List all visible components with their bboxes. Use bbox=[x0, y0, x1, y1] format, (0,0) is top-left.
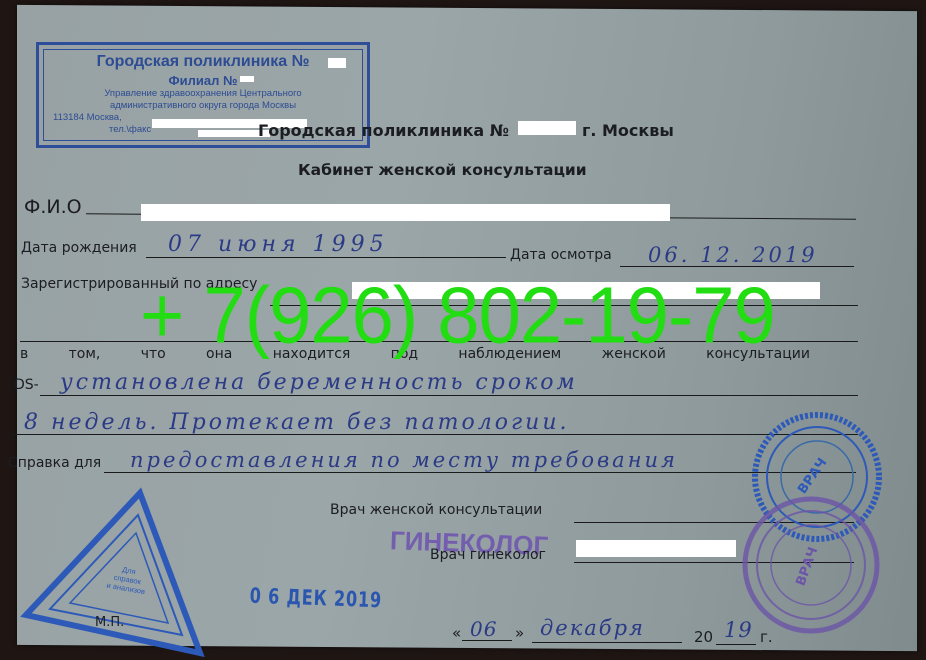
birth-date-value: 07 июня 1995 bbox=[168, 232, 389, 257]
date-day: 06 bbox=[470, 617, 497, 641]
exam-date-label: Дата осмотра bbox=[510, 247, 612, 263]
date-year: 19 bbox=[724, 618, 753, 642]
phone-watermark: + 7(926) 802-19-79 bbox=[140, 270, 775, 361]
mp-label: М.П. bbox=[95, 615, 124, 630]
fio-label: Ф.И.О bbox=[24, 196, 82, 218]
date-year-line bbox=[716, 644, 756, 645]
statement-word: том, bbox=[69, 346, 101, 362]
round-stamp2-text: ВРАЧ bbox=[794, 545, 822, 588]
stamp-dept-1: Управление здравоохранения Центрального bbox=[39, 88, 367, 100]
round-stamps: ВРАЧ ВРАЧ bbox=[735, 405, 895, 635]
page-title: Городская поликлиника № bbox=[258, 121, 509, 140]
date-open-quote: « bbox=[452, 624, 461, 642]
stamp-dept-2: административного округа города Москвы bbox=[39, 100, 367, 112]
exam-date-value: 06. 12. 2019 bbox=[648, 243, 818, 267]
purpose-value: предоставления по месту требования bbox=[130, 448, 678, 472]
redaction bbox=[518, 121, 576, 135]
date-month-line bbox=[532, 642, 682, 643]
date-suffix: г. bbox=[760, 628, 773, 646]
page-title-city: г. Москвы bbox=[582, 121, 674, 140]
gynecologist-redaction bbox=[576, 540, 736, 557]
gynecologist-label: Врач гинеколог bbox=[430, 547, 546, 563]
ds-value-1: установлена беременность сроком bbox=[60, 370, 578, 395]
date-century: 20 bbox=[694, 628, 713, 646]
birth-date-label: Дата рождения bbox=[21, 240, 137, 256]
redaction bbox=[328, 58, 346, 68]
redaction bbox=[240, 76, 254, 82]
statement-word: в bbox=[20, 346, 28, 362]
date-stamp: 0 6 ДЕК 2019 bbox=[249, 584, 382, 613]
page-subtitle: Кабинет женской консультации bbox=[298, 161, 587, 179]
stamp-branch: Филиал № bbox=[39, 73, 367, 88]
doctor-label: Врач женской консультации bbox=[330, 502, 542, 518]
date-month: декабря bbox=[540, 616, 645, 640]
ds-line-1 bbox=[40, 395, 858, 396]
purpose-label: Справка для bbox=[8, 455, 101, 471]
fio-redaction bbox=[141, 204, 670, 221]
stamp-clinic-name: Городская поликлиника № bbox=[39, 53, 367, 71]
ds-value-2: 8 недель. Протекает без патологии. bbox=[24, 410, 570, 435]
date-close-quote: » bbox=[515, 624, 524, 642]
ds-label: DS- bbox=[14, 377, 39, 393]
birth-date-line bbox=[146, 257, 506, 258]
round-stamp-text: ВРАЧ bbox=[795, 456, 830, 497]
